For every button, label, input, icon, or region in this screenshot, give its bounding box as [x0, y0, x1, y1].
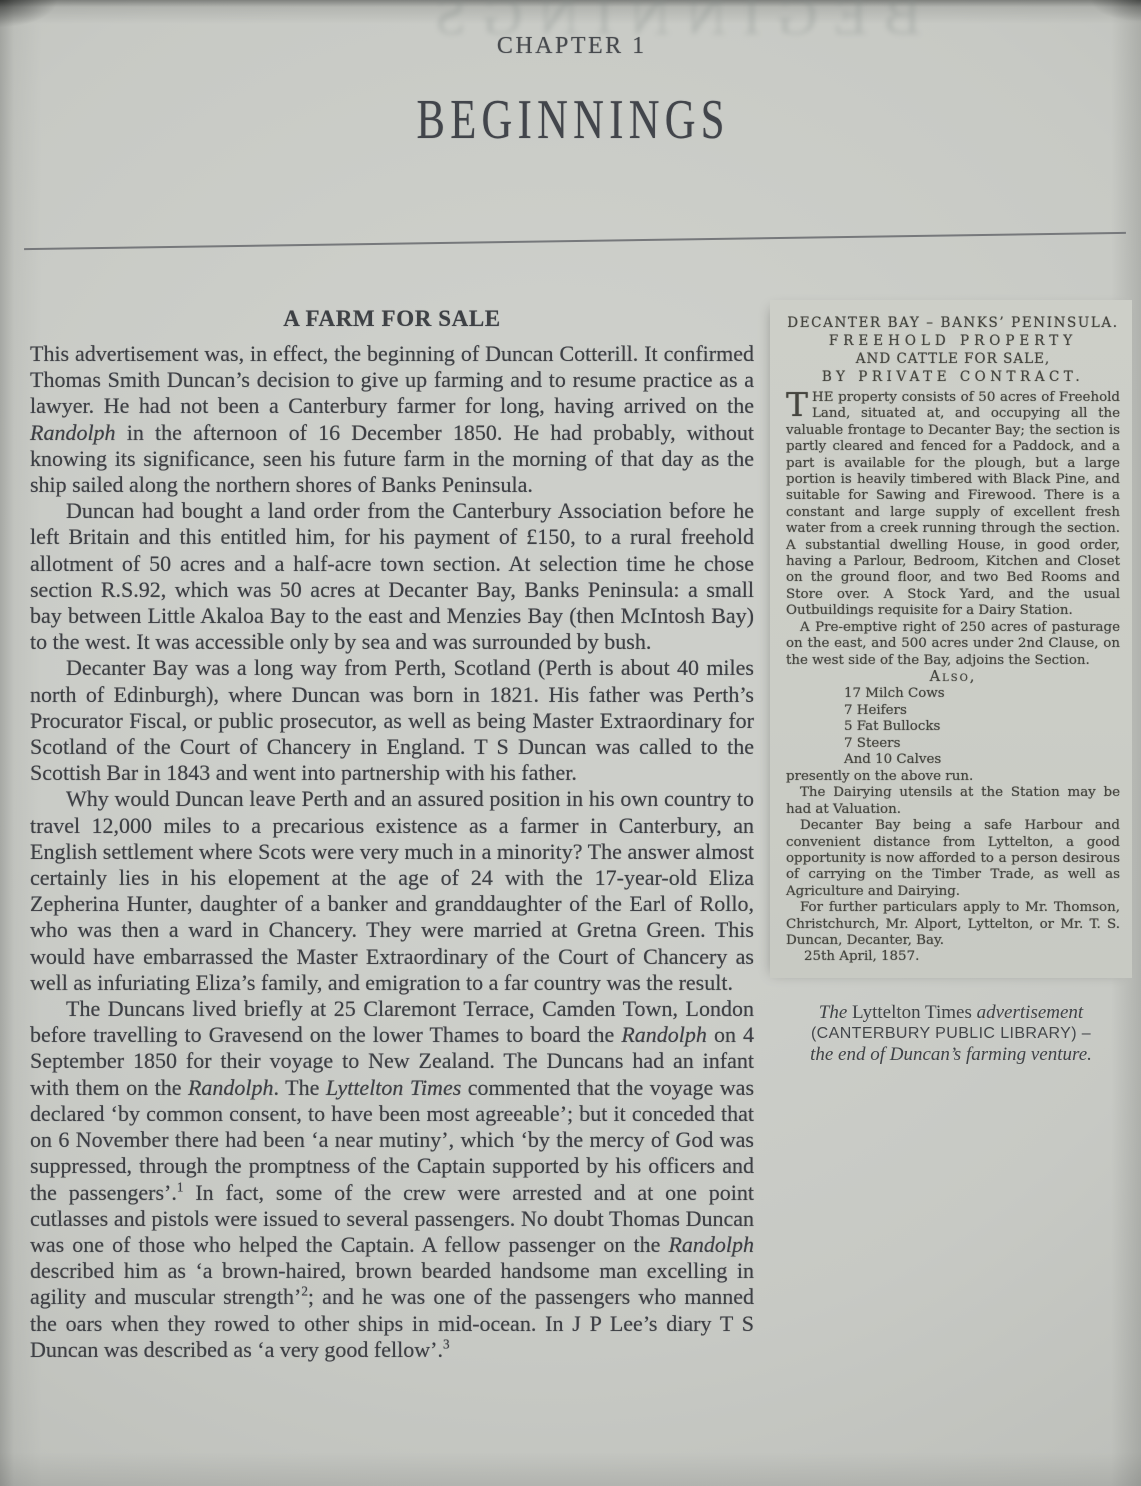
ad-headline-line: FREEHOLD PROPERTY	[786, 332, 1120, 350]
ad-paragraph-property: THE property consists of 50 acres of Fre…	[786, 390, 1120, 620]
italic-text: Randolph	[668, 1232, 754, 1257]
footnote-marker: 3	[443, 1336, 450, 1351]
livestock-item: 5 Fat Bullocks	[844, 719, 1120, 736]
ad-headline-line: BY PRIVATE CONTRACT.	[786, 368, 1120, 386]
ad-headline-line: DECANTER BAY – BANKS’ PENINSULA.	[786, 314, 1120, 332]
text-segment: This advertisement was, in effect, the b…	[30, 341, 754, 418]
figure-caption: The Lyttelton Times advertisement (CANTE…	[770, 1002, 1132, 1065]
ad-presently-line: presently on the above run.	[786, 769, 1120, 785]
italic-text: Randolph	[621, 1022, 707, 1047]
livestock-item: 17 Milch Cows	[844, 686, 1120, 703]
italic-text: The	[819, 1002, 852, 1023]
body-paragraph: This advertisement was, in effect, the b…	[30, 341, 754, 498]
text-segment: Duncan had bought a land order from the …	[30, 498, 754, 654]
footnote-marker: 2	[301, 1284, 308, 1299]
ad-paragraph-dairying: The Dairying utensils at the Station may…	[786, 785, 1120, 818]
ad-paragraph-text: HE property consists of 50 acres of Free…	[786, 390, 1120, 618]
ad-paragraph-harbour: Decanter Bay being a safe Harbour and co…	[786, 818, 1120, 900]
ad-date-line: 25th April, 1857.	[786, 949, 1120, 965]
italic-text: advertisement	[972, 1002, 1083, 1023]
body-paragraph: Duncan had bought a land order from the …	[30, 498, 754, 655]
body-paragraph: The Duncans lived briefly at 25 Claremon…	[30, 996, 754, 1363]
ad-paragraph-preemptive: A Pre-emptive right of 250 acres of past…	[786, 620, 1120, 669]
article-body: This advertisement was, in effect, the b…	[30, 341, 754, 1363]
livestock-item: 7 Heifers	[844, 703, 1120, 720]
caption-line-1: The Lyttelton Times advertisement	[770, 1002, 1132, 1023]
ad-livestock-list: 17 Milch Cows7 Heifers5 Fat Bullocks7 St…	[844, 686, 1120, 769]
italic-text: Randolph	[188, 1075, 274, 1100]
ad-headline-line: AND CATTLE FOR SALE,	[786, 350, 1120, 368]
caption-line-2: (CANTERBURY PUBLIC LIBRARY) –	[770, 1023, 1132, 1044]
ad-also-label: Also,	[786, 669, 1120, 686]
section-heading: A FARM FOR SALE	[30, 306, 754, 332]
livestock-item: 7 Steers	[844, 736, 1120, 753]
text-segment: Decanter Bay was a long way from Perth, …	[30, 655, 754, 785]
livestock-item: And 10 Calves	[844, 752, 1120, 769]
book-page: BEGINNINGS CHAPTER 1 BEGINNINGS A FARM F…	[0, 0, 1141, 1486]
divider-rule	[24, 232, 1126, 250]
advertisement-column: DECANTER BAY – BANKS’ PENINSULA. FREEHOL…	[770, 300, 1132, 1065]
text-segment: Lyttelton Times	[852, 1002, 972, 1023]
body-paragraph: Why would Duncan leave Perth and an assu…	[30, 786, 754, 996]
text-segment: . The	[274, 1075, 326, 1100]
newspaper-advertisement: DECANTER BAY – BANKS’ PENINSULA. FREEHOL…	[770, 300, 1132, 978]
ad-dropcap: T	[786, 390, 812, 419]
text-segment: in the afternoon of 16 December 1850. He…	[30, 420, 754, 497]
italic-text: Lyttelton Times	[326, 1075, 461, 1100]
chapter-label: CHAPTER 1	[0, 33, 1141, 60]
body-paragraph: Decanter Bay was a long way from Perth, …	[30, 655, 754, 786]
italic-text: Randolph	[30, 420, 116, 445]
caption-line-3: the end of Duncan’s farming venture.	[770, 1044, 1132, 1065]
ad-paragraph-particulars: For further particulars apply to Mr. Tho…	[786, 900, 1120, 949]
text-segment: Why would Duncan leave Perth and an assu…	[30, 786, 754, 994]
chapter-title: BEGINNINGS	[137, 88, 1004, 152]
article-column: A FARM FOR SALE This advertisement was, …	[30, 306, 754, 1363]
